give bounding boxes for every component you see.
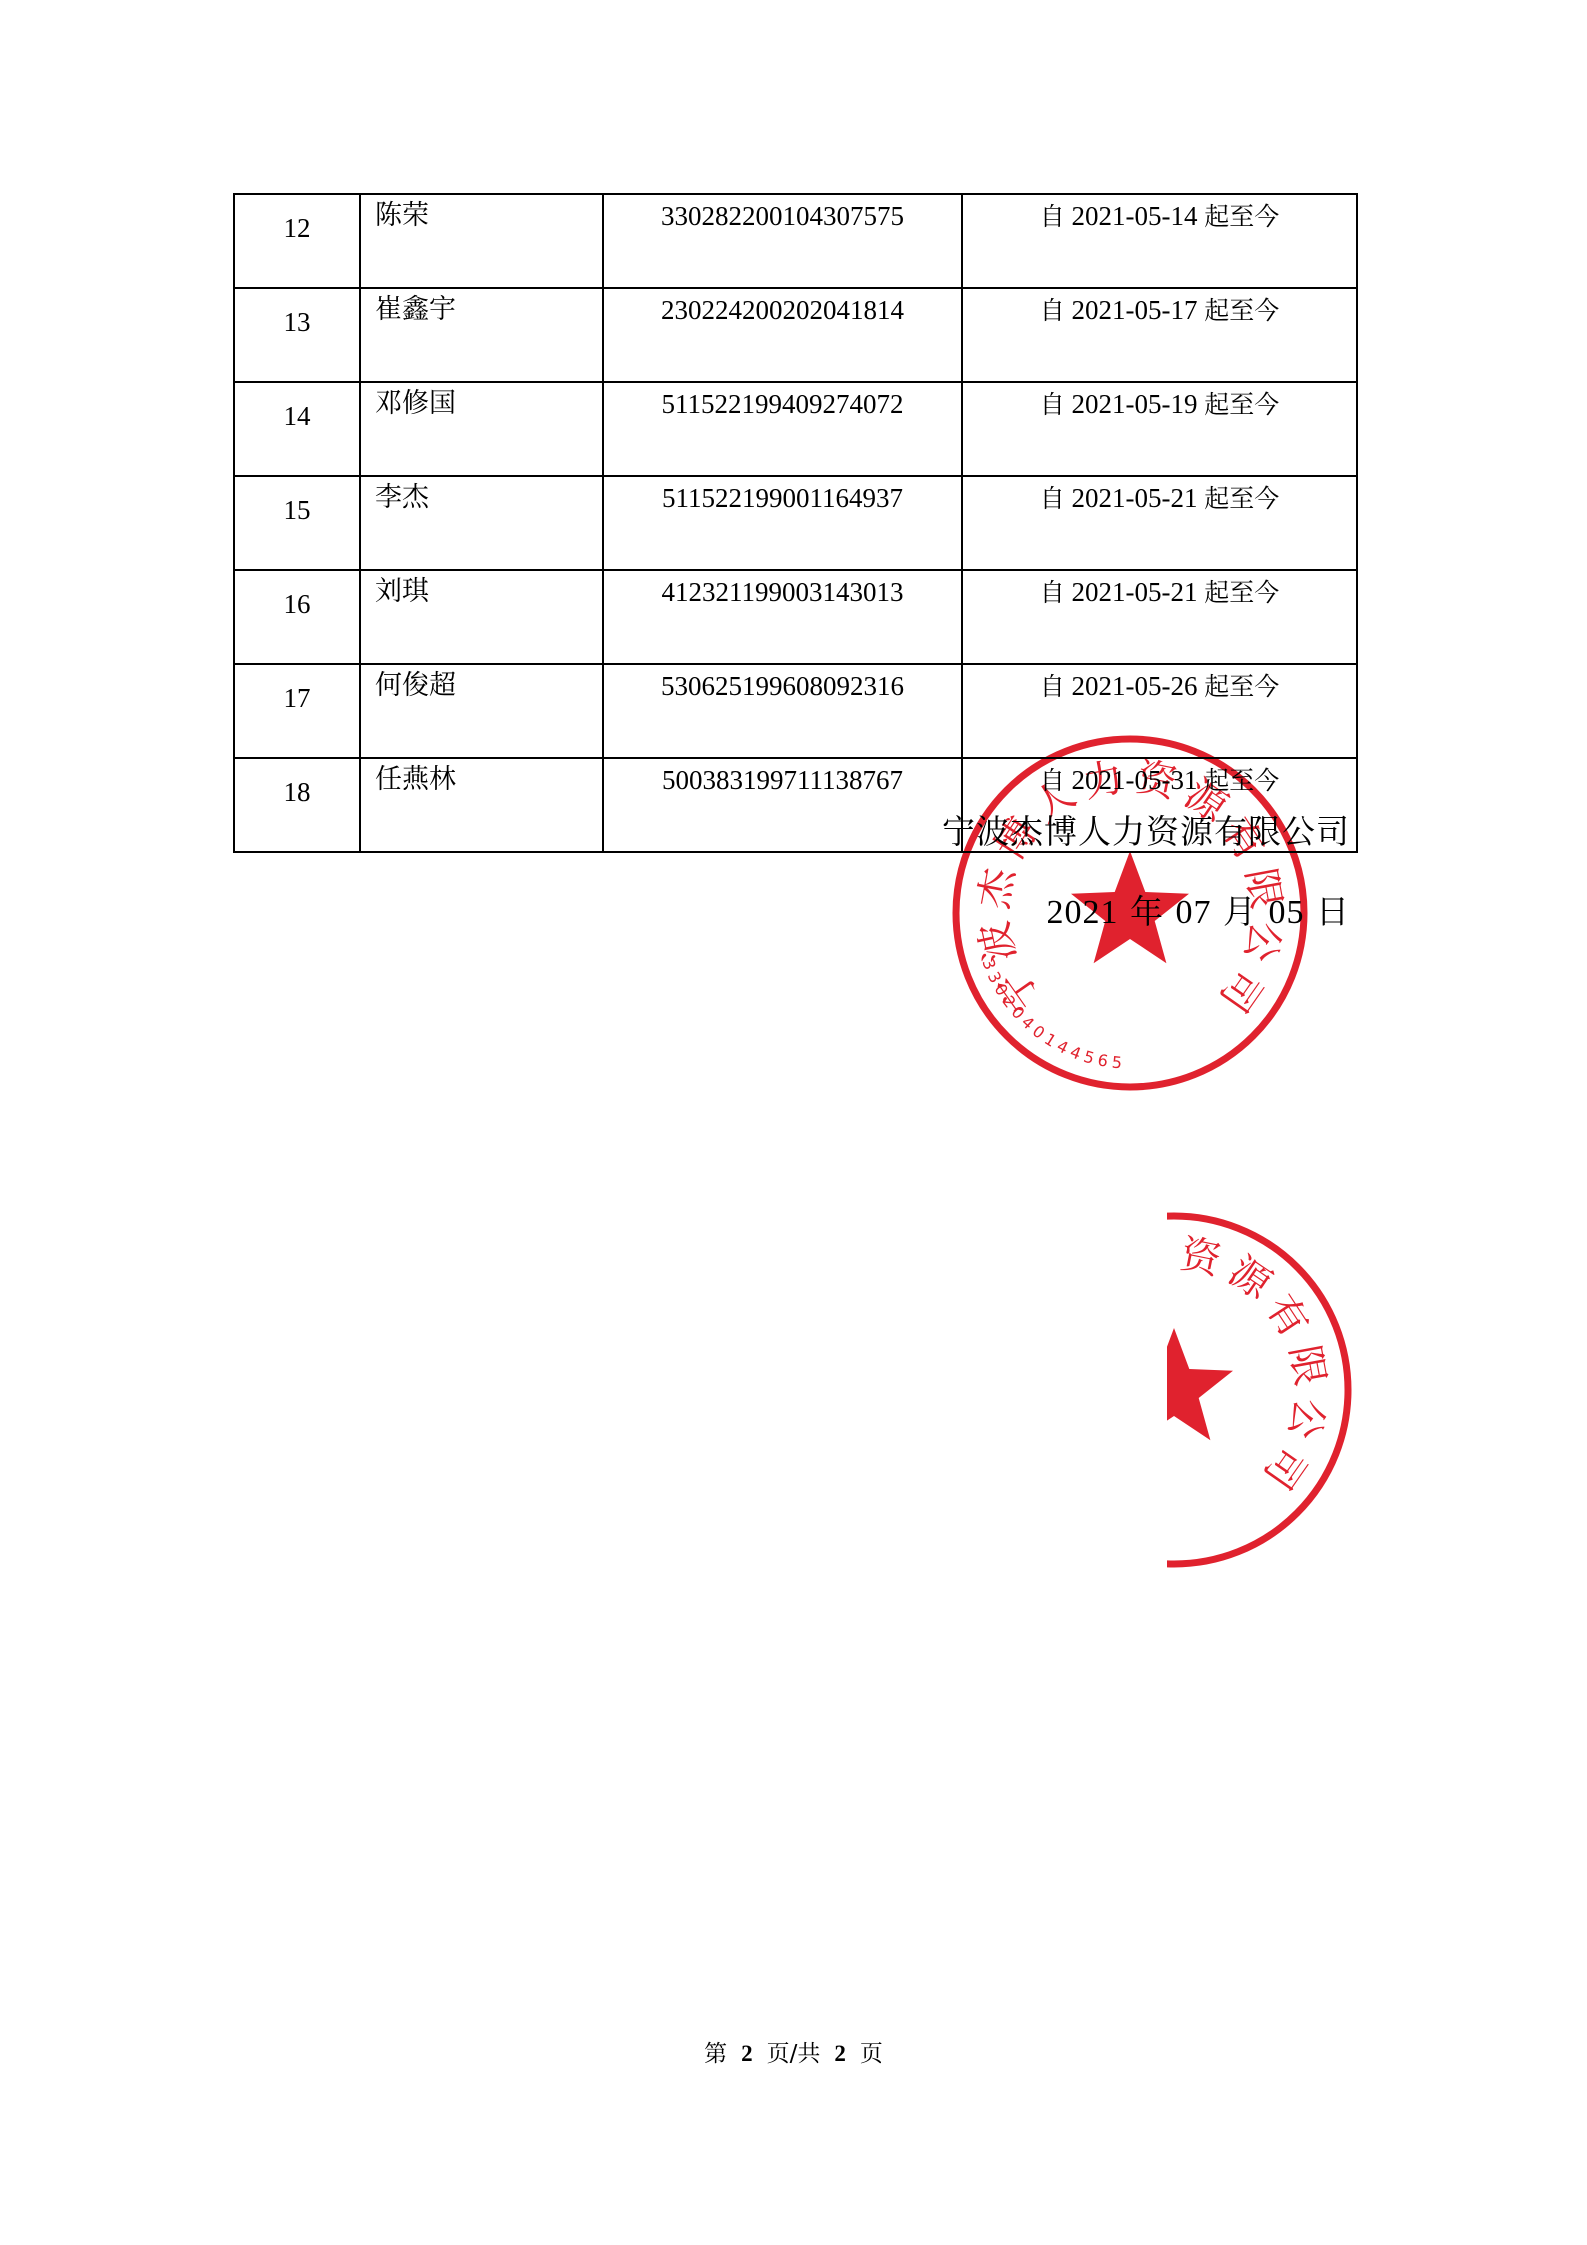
svg-text:公: 公: [1279, 1394, 1332, 1443]
svg-text:1: 1: [1041, 1029, 1060, 1051]
svg-text:0: 0: [1029, 1021, 1049, 1042]
row-number: 12: [234, 194, 360, 288]
svg-text:5: 5: [1111, 1053, 1123, 1073]
employee-name: 崔鑫宇: [360, 288, 603, 382]
svg-text:司: 司: [1254, 1438, 1315, 1497]
employee-name: 李杰: [360, 476, 603, 570]
svg-text:0: 0: [990, 981, 1012, 999]
row-number: 13: [234, 288, 360, 382]
id-number: 511522199001164937: [603, 476, 962, 570]
row-number: 16: [234, 570, 360, 664]
row-number: 15: [234, 476, 360, 570]
signature-date: 2021 年 07 月 05 日: [1047, 886, 1351, 933]
table-row: 15 李杰 511522199001164937 自 2021-05-21 起至…: [234, 476, 1357, 570]
employment-period: 自 2021-05-21 起至今: [962, 570, 1357, 664]
table-row: 17 何俊超 530625199608092316 自 2021-05-26 起…: [234, 664, 1357, 758]
employee-table: 12 陈荣 330282200104307575 自 2021-05-14 起至…: [233, 193, 1358, 853]
table-row: 13 崔鑫宇 230224200202041814 自 2021-05-17 起…: [234, 288, 1357, 382]
id-number: 412321199003143013: [603, 570, 962, 664]
svg-text:司: 司: [1210, 961, 1271, 1020]
svg-text:力: 力: [1167, 1231, 1172, 1284]
row-number: 14: [234, 382, 360, 476]
svg-text:3: 3: [984, 969, 1006, 986]
svg-text:4: 4: [1018, 1012, 1038, 1033]
employment-period: 自 2021-05-14 起至今: [962, 194, 1357, 288]
svg-text:6: 6: [1096, 1050, 1109, 1071]
company-signature: 宁波杰博人力资源有限公司: [942, 806, 1350, 853]
svg-text:4: 4: [1054, 1036, 1072, 1058]
table-row: 16 刘琪 412321199003143013 自 2021-05-21 起至…: [234, 570, 1357, 664]
svg-text:波: 波: [971, 917, 1024, 966]
id-number: 511522199409274072: [603, 382, 962, 476]
id-number: 500383199711138767: [603, 758, 962, 852]
employment-period: 自 2021-05-21 起至今: [962, 476, 1357, 570]
partial-seal-stamp: 宁波杰博人力资源有限公司3302040144565: [1167, 1205, 1357, 1575]
row-number: 18: [234, 758, 360, 852]
employee-name: 任燕林: [360, 758, 603, 852]
svg-text:0: 0: [1007, 1003, 1028, 1023]
id-number: 230224200202041814: [603, 288, 962, 382]
table-row: 12 陈荣 330282200104307575 自 2021-05-14 起至…: [234, 194, 1357, 288]
employee-name: 何俊超: [360, 664, 603, 758]
employee-name: 陈荣: [360, 194, 603, 288]
svg-text:资: 资: [1176, 1231, 1225, 1284]
svg-text:宁: 宁: [989, 961, 1050, 1020]
employment-period: 自 2021-05-26 起至今: [962, 664, 1357, 758]
employee-name: 刘琪: [360, 570, 603, 664]
document-page: 12 陈荣 330282200104307575 自 2021-05-14 起至…: [0, 0, 1587, 2245]
svg-text:3: 3: [978, 956, 999, 972]
id-number: 530625199608092316: [603, 664, 962, 758]
page-footer: 第2页/共2页: [0, 2035, 1587, 2068]
svg-text:2: 2: [998, 992, 1019, 1011]
svg-text:源: 源: [1220, 1248, 1280, 1309]
employment-period: 自 2021-05-17 起至今: [962, 288, 1357, 382]
svg-text:限: 限: [1281, 1342, 1333, 1390]
svg-text:有: 有: [1257, 1287, 1317, 1346]
svg-text:4: 4: [1067, 1042, 1083, 1063]
row-number: 17: [234, 664, 360, 758]
svg-text:5: 5: [1082, 1047, 1097, 1068]
table-row: 14 邓修国 511522199409274072 自 2021-05-19 起…: [234, 382, 1357, 476]
employee-name: 邓修国: [360, 382, 603, 476]
id-number: 330282200104307575: [603, 194, 962, 288]
employment-period: 自 2021-05-19 起至今: [962, 382, 1357, 476]
svg-text:杰: 杰: [971, 864, 1024, 913]
